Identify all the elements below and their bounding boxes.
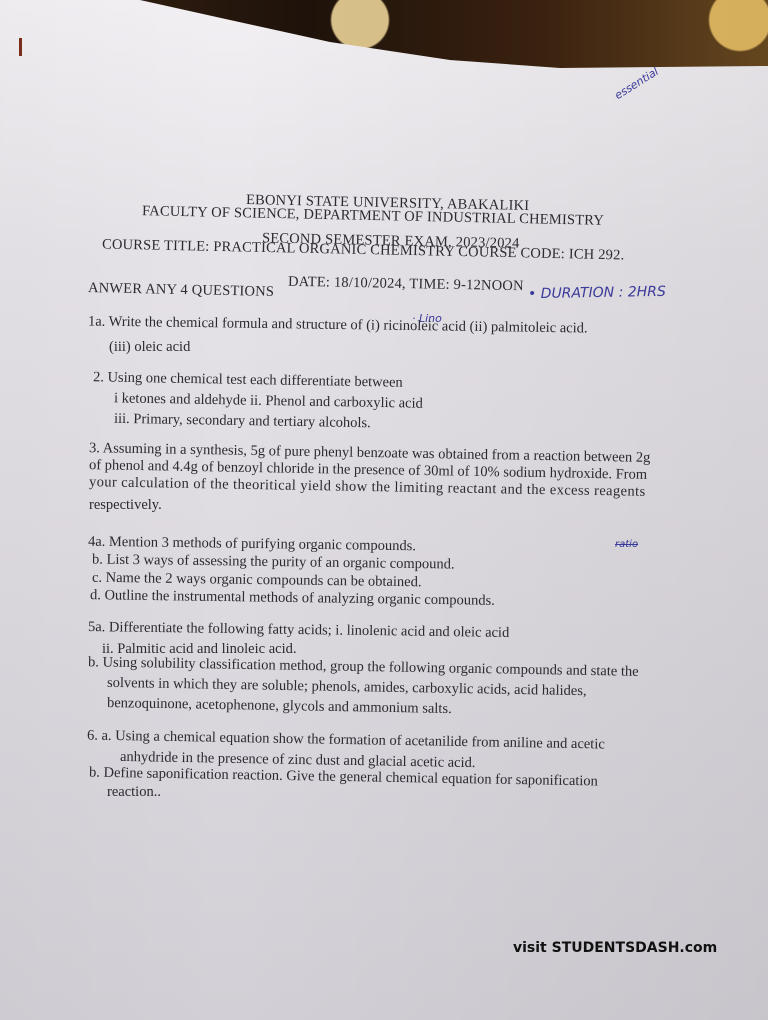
question-3-line-4: respectively.	[89, 498, 162, 513]
handwritten-margin-note: ratio	[615, 540, 638, 550]
question-6b-line-2: reaction..	[107, 785, 161, 800]
watermark-link[interactable]: visit STUDENTSDASH.com	[513, 940, 717, 956]
duration-handwritten: • DURATION : 2HRS	[528, 285, 666, 301]
question-1-line-2: (iii) oleic acid	[109, 340, 190, 355]
staple-mark	[19, 38, 22, 56]
